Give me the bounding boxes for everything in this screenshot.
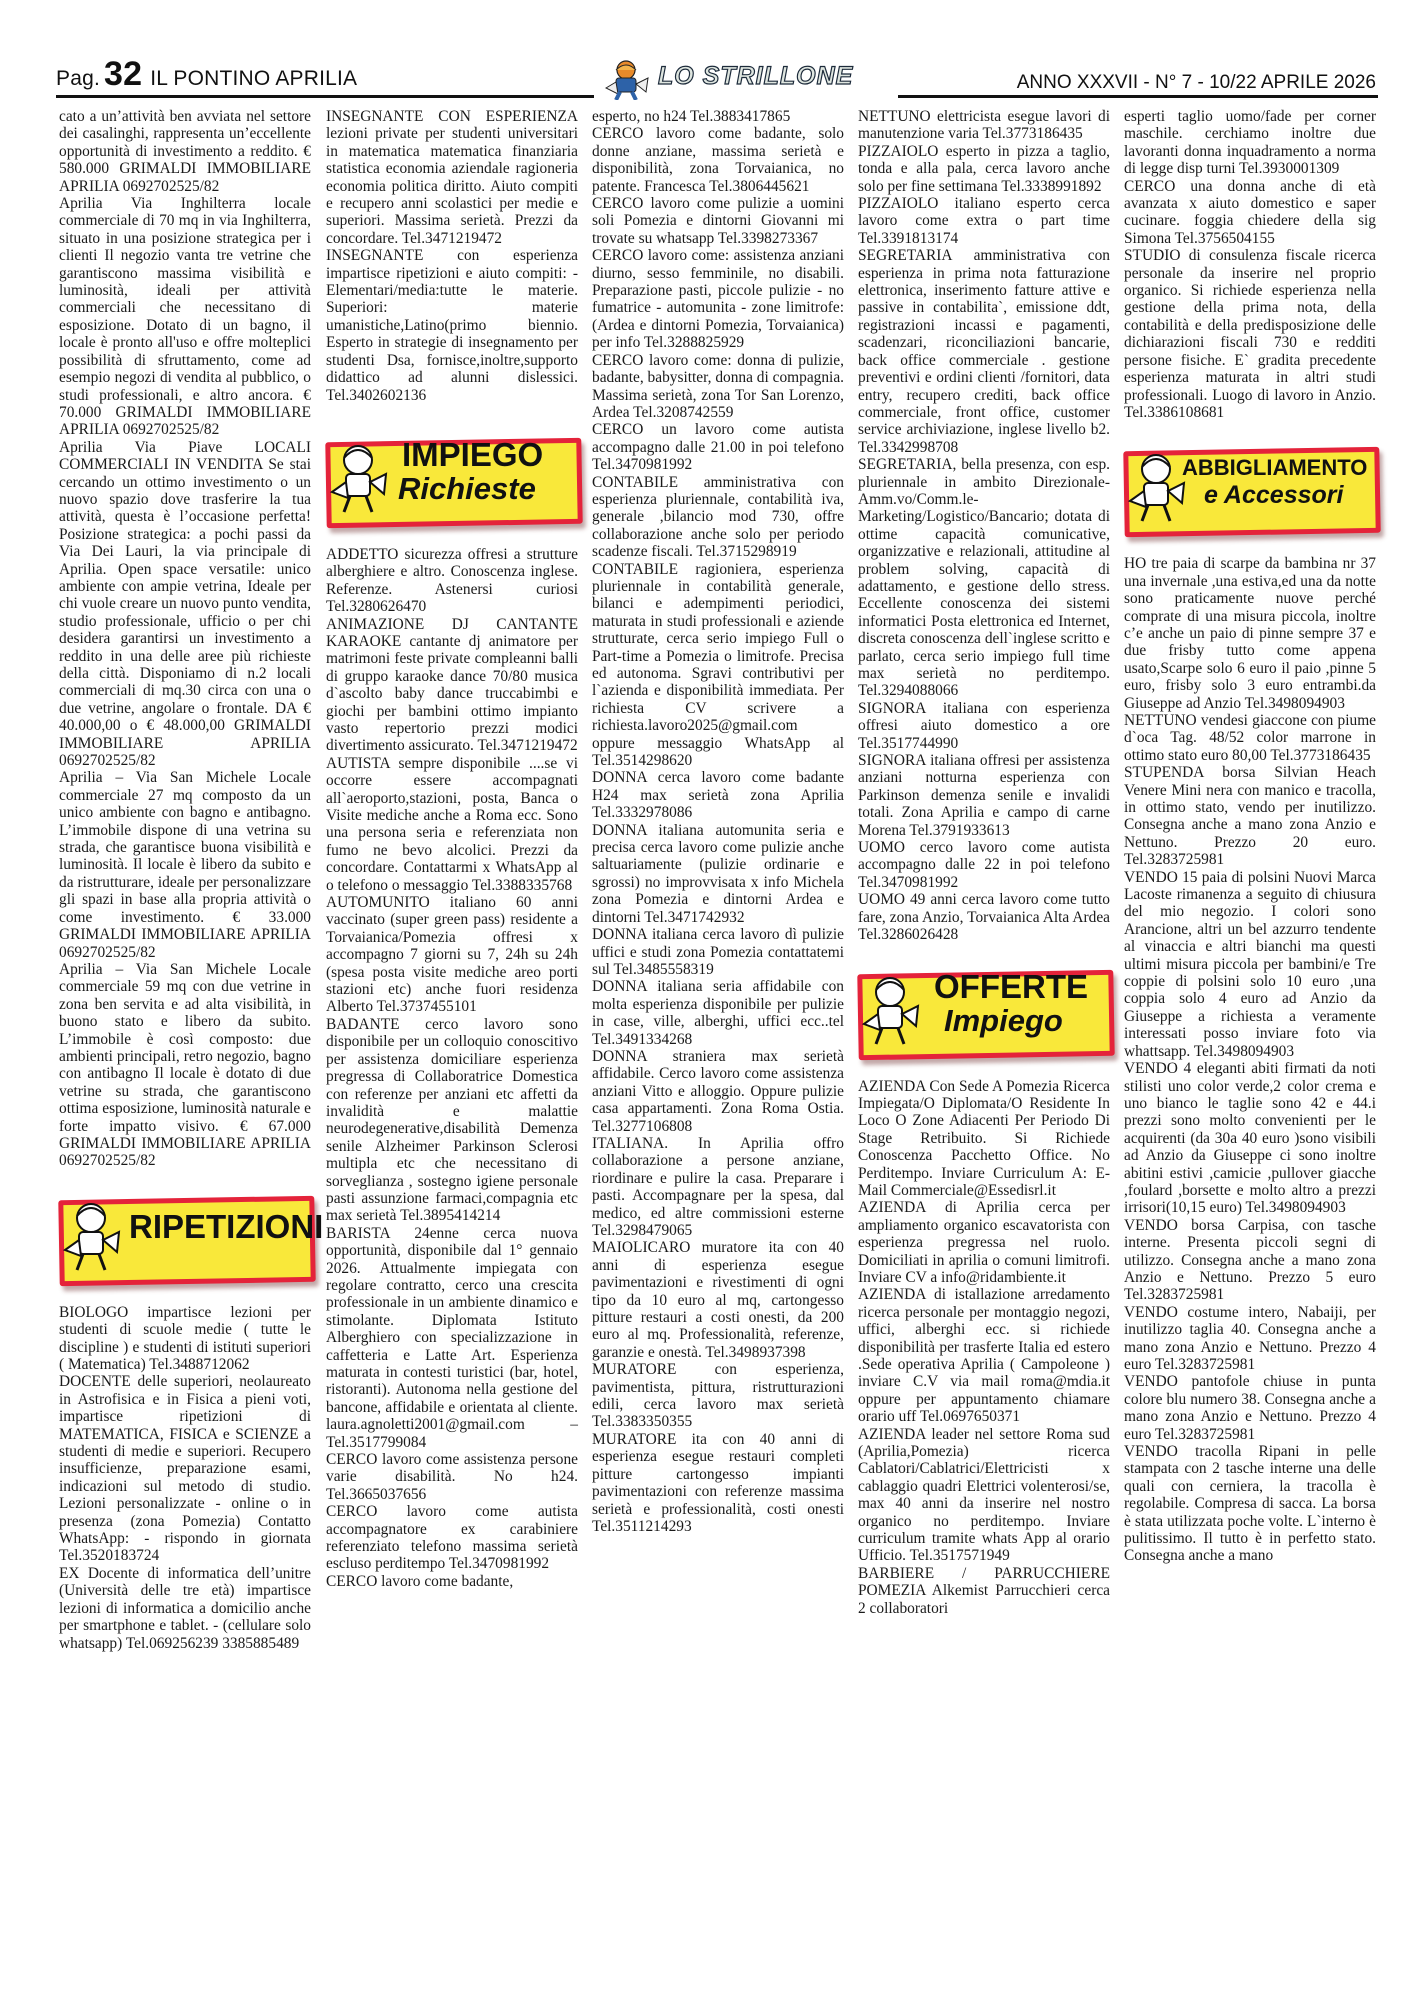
classified-ad: VENDO borsa Carpisa, con tasche interne.… <box>1124 1217 1376 1304</box>
classified-ad: SIGNORA italiana offresi per assistenza … <box>858 752 1110 839</box>
banner-title: OFFERTE <box>934 978 1088 995</box>
classified-ad: CERCO lavoro come pulizie a uomini soli … <box>592 195 844 247</box>
classified-ad: BARISTA 24enne cerca nuova opportunità, … <box>326 1225 578 1451</box>
classified-ad: VENDO 15 paia di polsini Nuovi Marca Lac… <box>1124 869 1376 1060</box>
newsboy-mascot-icon <box>1126 447 1188 527</box>
classified-ad: STUDIO di consulenza fiscale ricerca per… <box>1124 247 1376 421</box>
header-rule-left <box>56 95 594 98</box>
classified-ad: VENDO 4 eleganti abiti firmati da noti s… <box>1124 1060 1376 1217</box>
classified-ad: CERCO lavoro come: assistenza anziani di… <box>592 247 844 351</box>
page-number: 32 <box>104 55 142 93</box>
publication-name: IL PONTINO APRILIA <box>150 67 357 90</box>
classified-ad: CERCO lavoro come badante, <box>326 1573 578 1590</box>
classified-ad: CONTABILE ragioniera, esperienza plurien… <box>592 561 844 770</box>
classified-ad: esperti taglio uomo/fade per corner masc… <box>1124 108 1376 178</box>
classified-ad: VENDO costume intero, Nabaiji, per inuti… <box>1124 1304 1376 1374</box>
header-rule-right <box>898 95 1378 98</box>
column-1: cato a un’attività ben avviata nel setto… <box>59 108 311 1652</box>
classified-ad: ANIMAZIONE DJ CANTANTE KARAOKE cantante … <box>326 616 578 755</box>
classified-ad: CERCO una donna anche di età avanzata x … <box>1124 178 1376 248</box>
classified-ad: CERCO lavoro come assistenza persone var… <box>326 1451 578 1503</box>
classified-ad: PIZZAIOLO esperto in pizza a taglio, ton… <box>858 143 1110 195</box>
classified-ad: AZIENDA di istallazione arredamento rice… <box>858 1286 1110 1425</box>
classified-ad: SEGRETARIA amministrativa con esperienza… <box>858 247 1110 456</box>
page-folio: Pag.32IL PONTINO APRILIA <box>56 55 357 94</box>
classified-ad: Aprilia Via Inghilterra locale commercia… <box>59 195 311 439</box>
classified-ad: PIZZAIOLO italiano esperto cerca lavoro … <box>858 195 1110 247</box>
banner-subtitle: Richieste <box>398 480 536 497</box>
classified-ad: CERCO un lavoro come autista accompagno … <box>592 421 844 473</box>
classified-ad: DOCENTE delle superiori, neolaureato in … <box>59 1373 311 1564</box>
classified-ad: cato a un’attività ben avviata nel setto… <box>59 108 311 195</box>
banner-title: IMPIEGO <box>402 446 543 463</box>
classified-ad: VENDO tracolla Ripani in pelle stampata … <box>1124 1443 1376 1565</box>
classified-ad: DONNA cerca lavoro come badante H24 max … <box>592 769 844 821</box>
classified-ad: BIOLOGO impartisce lezioni per studenti … <box>59 1304 311 1374</box>
page-header: Pag.32IL PONTINO APRILIA LO STRILLONE AN… <box>56 62 1386 98</box>
classified-ad: BADANTE cerco lavoro sono disponibile pe… <box>326 1016 578 1225</box>
classified-ad: MAIOLICARO muratore ita con 40 anni di e… <box>592 1239 844 1361</box>
page-label: Pag. <box>56 67 100 90</box>
classified-ad: DONNA italiana seria affidabile con molt… <box>592 978 844 1048</box>
classified-ad: esperto, no h24 Tel.3883417865 <box>592 108 844 125</box>
classified-ad: UOMO cerco lavoro come autista accompagn… <box>858 839 1110 891</box>
classified-ad: CONTABILE amministrativa con esperienza … <box>592 474 844 561</box>
classified-ad: VENDO pantofole chiuse in punta colore b… <box>1124 1373 1376 1443</box>
banner-subtitle: Impiego <box>944 1012 1063 1029</box>
banner-subtitle: e Accessori <box>1204 487 1343 504</box>
classified-ad: SIGNORA italiana con esperienza offresi … <box>858 700 1110 752</box>
section-banner-impiego-richieste: IMPIEGO Richieste <box>322 434 580 526</box>
classified-ad: INSEGNANTE con esperienza impartisce rip… <box>326 247 578 404</box>
classified-ad: NETTUNO vendesi giaccone con piume d`oca… <box>1124 712 1376 764</box>
classified-ad: CERCO lavoro come: donna di pulizie, bad… <box>592 352 844 422</box>
banner-title: RIPETIZIONI <box>129 1218 323 1235</box>
banner-title: ABBIGLIAMENTO <box>1182 459 1367 476</box>
classified-ad: MURATORE con esperienza, pavimentista, p… <box>592 1361 844 1431</box>
classified-ad: Aprilia – Via San Michele Locale commerc… <box>59 769 311 960</box>
newsboy-mascot-icon <box>860 970 922 1050</box>
classified-ad: SEGRETARIA, bella presenza, con esp. plu… <box>858 456 1110 700</box>
classified-ad: INSEGNANTE CON ESPERIENZA lezioni privat… <box>326 108 578 247</box>
section-banner-ripetizioni: RIPETIZIONI <box>55 1192 313 1284</box>
logo-text: LO STRILLONE <box>658 62 853 91</box>
column-5: esperti taglio uomo/fade per corner masc… <box>1124 108 1376 1565</box>
classified-ad: HO tre paia di scarpe da bambina nr 37 u… <box>1124 555 1376 712</box>
classified-ad: ADDETTO sicurezza offresi a strutture al… <box>326 546 578 616</box>
column-4: NETTUNO elettricista esegue lavori di ma… <box>858 108 1110 1617</box>
classified-ad: EX Docente di informatica dell’unitre (U… <box>59 1565 311 1652</box>
lo-strillone-logo: LO STRILLONE <box>596 54 866 104</box>
classified-ad: STUPENDA borsa Silvian Heach Venere Mini… <box>1124 764 1376 868</box>
classified-ad: NETTUNO elettricista esegue lavori di ma… <box>858 108 1110 143</box>
issue-info: ANNO XXXVII - N° 7 - 10/22 APRILE 2026 <box>1017 72 1376 94</box>
classified-ad: Aprilia – Via San Michele Locale commerc… <box>59 961 311 1170</box>
classified-ad: ITALIANA. In Aprilia offro collaborazion… <box>592 1135 844 1239</box>
section-banner-offerte-impiego: OFFERTE Impiego <box>854 966 1112 1058</box>
section-banner-abbigliamento: ABBIGLIAMENTO e Accessori <box>1120 443 1378 535</box>
newsboy-mascot-icon <box>602 58 652 100</box>
classified-ad: AZIENDA di Aprilia cerca per ampliamento… <box>858 1199 1110 1286</box>
classified-ad: DONNA straniera max serietà affidabile. … <box>592 1048 844 1135</box>
column-2: INSEGNANTE CON ESPERIENZA lezioni privat… <box>326 108 578 1590</box>
classified-ad: CERCO lavoro come badante, solo donne an… <box>592 125 844 195</box>
newsboy-mascot-icon <box>328 438 390 518</box>
classified-ad: AUTISTA sempre disponibile ....se vi occ… <box>326 755 578 894</box>
classified-ad: UOMO 49 anni cerca lavoro come tutto far… <box>858 891 1110 943</box>
column-3: esperto, no h24 Tel.3883417865 CERCO lav… <box>592 108 844 1535</box>
classified-ad: DONNA italiana cerca lavoro dì pulizie u… <box>592 926 844 978</box>
classified-ad: AZIENDA leader nel settore Roma sud (Apr… <box>858 1426 1110 1565</box>
classified-ad: CERCO lavoro come autista accompagnatore… <box>326 1503 578 1573</box>
classified-ad: Aprilia Via Piave LOCALI COMMERCIALI IN … <box>59 439 311 770</box>
classified-ad: DONNA italiana automunita seria e precis… <box>592 822 844 926</box>
classified-ad: AZIENDA Con Sede A Pomezia Ricerca Impie… <box>858 1078 1110 1200</box>
classified-ad: MURATORE ita con 40 anni di esperienza e… <box>592 1431 844 1535</box>
classified-ad: BARBIERE / PARRUCCHIERE POMEZIA Alkemist… <box>858 1565 1110 1617</box>
newsboy-mascot-icon <box>61 1196 123 1276</box>
classified-ad: AUTOMUNITO italiano 60 anni vaccinato (s… <box>326 894 578 1016</box>
